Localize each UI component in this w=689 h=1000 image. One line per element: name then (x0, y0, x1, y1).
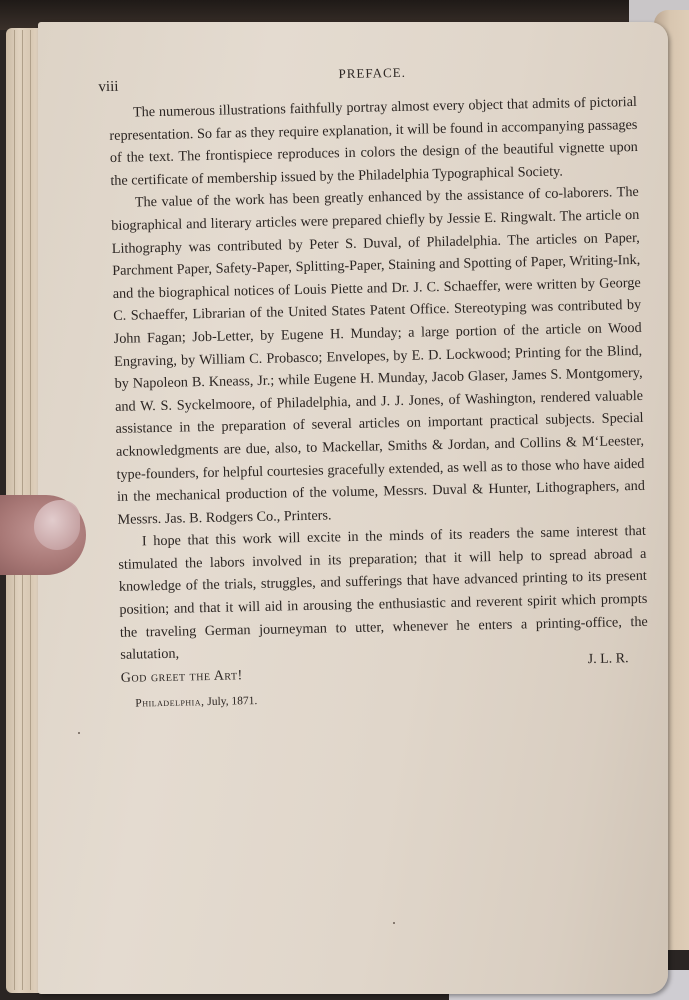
paragraph-acknowledgments: The value of the work has been greatly e… (111, 181, 646, 531)
paper-speck (78, 732, 80, 734)
salutation: God greet the Art! (121, 668, 243, 686)
paragraph-hope: I hope that this work will excite in the… (118, 520, 649, 667)
dateline-place: Philadelphia, (135, 696, 204, 709)
page-text: viii PREFACE. The numerous illustrations… (108, 55, 649, 715)
dateline-date: July, 1871. (207, 695, 257, 708)
paragraph-illustrations: The numerous illustrations faithfully po… (109, 91, 639, 192)
thumbnail-nail (34, 500, 80, 550)
signature: J. L. R. (587, 648, 628, 671)
paper-speck (393, 922, 395, 924)
